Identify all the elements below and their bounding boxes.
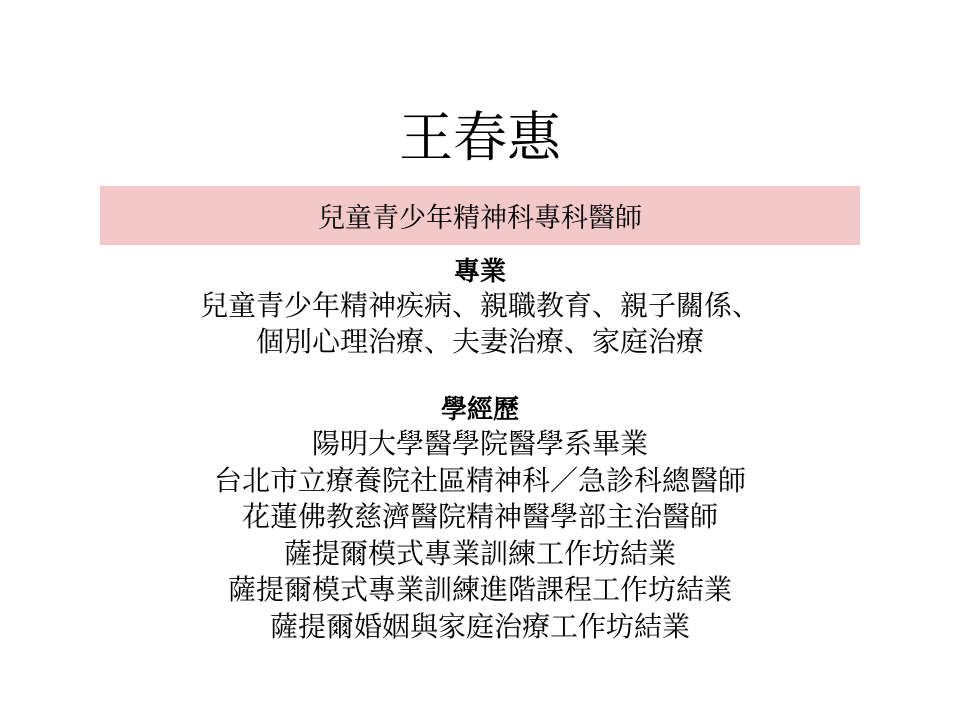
specialty-section: 專業 兒童青少年精神疾病、親職教育、親子關係、 個別心理治療、夫妻治療、家庭治療	[0, 256, 960, 360]
education-line: 薩提爾模式專業訓練工作坊結業	[0, 536, 960, 573]
education-line: 薩提爾婚姻與家庭治療工作坊結業	[0, 609, 960, 646]
doctor-title: 兒童青少年精神科專科醫師	[318, 196, 642, 235]
specialty-heading: 專業	[0, 256, 960, 288]
specialty-line: 個別心理治療、夫妻治療、家庭治療	[0, 324, 960, 360]
education-line: 花蓮佛教慈濟醫院精神醫學部主治醫師	[0, 499, 960, 536]
doctor-name: 王春惠	[0, 106, 960, 170]
education-line: 薩提爾模式專業訓練進階課程工作坊結業	[0, 572, 960, 609]
education-line: 陽明大學醫學院醫學系畢業	[0, 426, 960, 463]
specialty-line: 兒童青少年精神疾病、親職教育、親子關係、	[0, 288, 960, 324]
education-heading: 學經歷	[0, 394, 960, 426]
education-section: 學經歷 陽明大學醫學院醫學系畢業 台北市立療養院社區精神科／急診科總醫師 花蓮佛…	[0, 394, 960, 645]
title-band: 兒童青少年精神科專科醫師	[100, 186, 860, 245]
education-line: 台北市立療養院社區精神科／急診科總醫師	[0, 463, 960, 500]
